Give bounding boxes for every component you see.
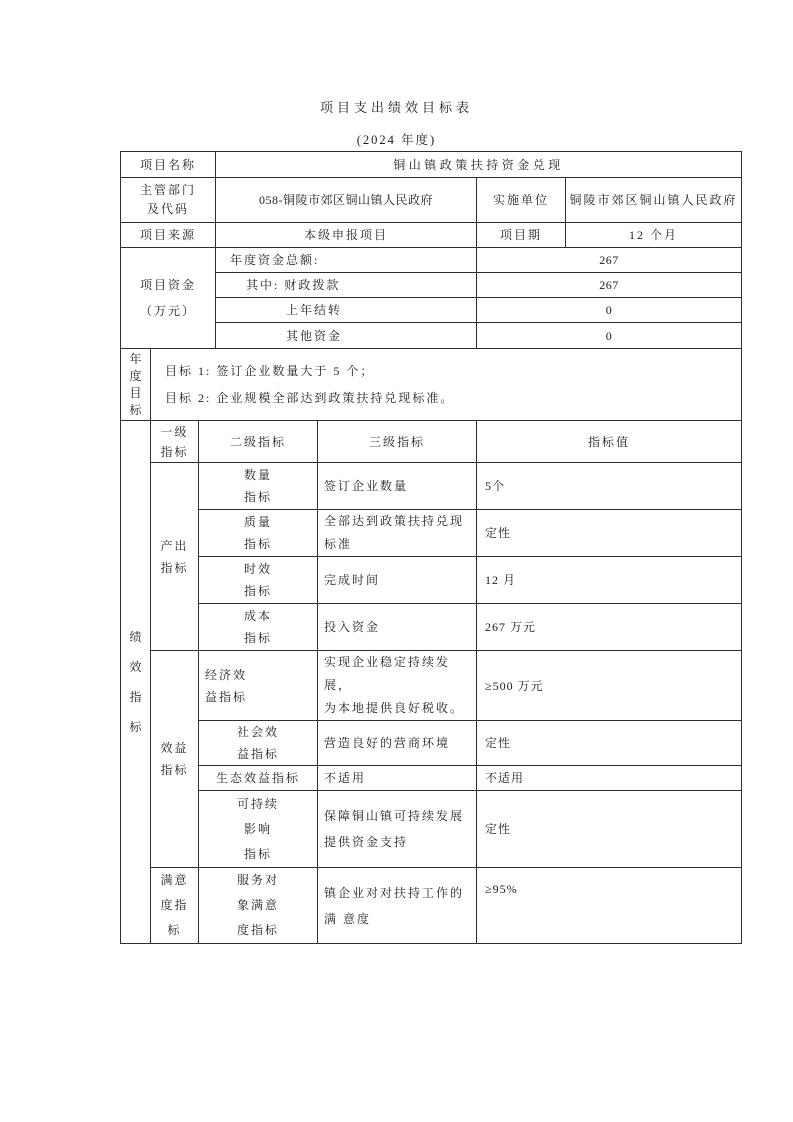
sustainability-value: 定性 xyxy=(477,791,742,868)
row-economic-indicator: 效益 指标 经济效 益指标 实现企业稳定持续发展， 为本地提供良好税收。 ≥50… xyxy=(121,651,742,721)
funding-carryover-label: 上年结转 xyxy=(216,298,477,323)
timeliness-level3: 完成时间 xyxy=(318,557,477,604)
project-source-label: 项目来源 xyxy=(121,223,216,248)
row-quality-indicator: 质量 指标 全部达到政策扶持兑现 标准 定性 xyxy=(121,510,742,557)
project-name-label: 项目名称 xyxy=(121,152,216,178)
header-level1: 一级 指标 xyxy=(151,421,199,463)
document-page: 项目支出绩效目标表 (2024 年度) 项目名称 铜山镇政策扶持资金兑现 主管部… xyxy=(0,0,793,1122)
row-source: 项目来源 本级申报项目 项目期 12 个月 xyxy=(121,223,742,248)
economic-level3: 实现企业稳定持续发展， 为本地提供良好税收。 xyxy=(318,651,477,721)
timeliness-level2: 时效 指标 xyxy=(199,557,318,604)
funding-total-label: 年度资金总额: xyxy=(216,248,477,273)
funding-other-value: 0 xyxy=(477,323,742,349)
row-ecological-indicator: 生态效益指标 不适用 不适用 xyxy=(121,766,742,791)
group-satisfaction-label: 满意 度指 标 xyxy=(151,868,199,944)
header-value: 指标值 xyxy=(477,421,742,463)
row-funding-total: 项目资金 （万元） 年度资金总额: 267 xyxy=(121,248,742,273)
impl-unit-label: 实施单位 xyxy=(477,178,566,223)
satisfaction-level3: 镇企业对对扶持工作的 满 意度 xyxy=(318,868,477,944)
document-title: 项目支出绩效目标表 xyxy=(0,97,793,116)
ecological-level2: 生态效益指标 xyxy=(199,766,318,791)
annual-goals-text: 目标 1: 签订企业数量大于 5 个； 目标 2: 企业规模全部达到政策扶持兑现… xyxy=(151,349,742,421)
performance-section-label: 绩 效 指 标 xyxy=(121,421,151,944)
timeliness-value: 12 月 xyxy=(477,557,742,604)
row-annual-goals: 年 度 目 标 目标 1: 签订企业数量大于 5 个； 目标 2: 企业规模全部… xyxy=(121,349,742,421)
project-source-value: 本级申报项目 xyxy=(216,223,477,248)
sustainability-level3: 保障铜山镇可持续发展 提供资金支持 xyxy=(318,791,477,868)
project-period-value: 12 个月 xyxy=(566,223,742,248)
economic-level2: 经济效 益指标 xyxy=(199,651,318,721)
sustainability-level2: 可持续 影响 指标 xyxy=(199,791,318,868)
group-output-label: 产出 指标 xyxy=(151,463,199,651)
dept-code-value: 058-铜陵市郊区铜山镇人民政府 xyxy=(216,178,477,223)
row-dept: 主管部门 及代码 058-铜陵市郊区铜山镇人民政府 实施单位 铜陵市郊区铜山镇人… xyxy=(121,178,742,223)
row-project-name: 项目名称 铜山镇政策扶持资金兑现 xyxy=(121,152,742,178)
document-subtitle: (2024 年度) xyxy=(0,130,793,148)
funding-total-value: 267 xyxy=(477,248,742,273)
project-name-value: 铜山镇政策扶持资金兑现 xyxy=(216,152,742,178)
satisfaction-value: ≥95% xyxy=(477,868,742,944)
group-benefit-label: 效益 指标 xyxy=(151,651,199,868)
project-period-label: 项目期 xyxy=(477,223,566,248)
cost-level3: 投入资金 xyxy=(318,604,477,651)
ecological-value: 不适用 xyxy=(477,766,742,791)
cost-level2: 成本 指标 xyxy=(199,604,318,651)
impl-unit-value: 铜陵市郊区铜山镇人民政府 xyxy=(566,178,742,223)
header-level2: 二级指标 xyxy=(199,421,318,463)
row-sustainability-indicator: 可持续 影响 指标 保障铜山镇可持续发展 提供资金支持 定性 xyxy=(121,791,742,868)
performance-target-table: 项目名称 铜山镇政策扶持资金兑现 主管部门 及代码 058-铜陵市郊区铜山镇人民… xyxy=(120,151,742,944)
row-quantity-indicator: 产出 指标 数量 指标 签订企业数量 5个 xyxy=(121,463,742,510)
cost-value: 267 万元 xyxy=(477,604,742,651)
social-level3: 营造良好的营商环境 xyxy=(318,721,477,766)
social-level2: 社会效 益指标 xyxy=(199,721,318,766)
quantity-value: 5个 xyxy=(477,463,742,510)
funding-fiscal-value: 267 xyxy=(477,273,742,298)
row-timeliness-indicator: 时效 指标 完成时间 12 月 xyxy=(121,557,742,604)
row-indicator-header: 绩 效 指 标 一级 指标 二级指标 三级指标 指标值 xyxy=(121,421,742,463)
satisfaction-level2: 服务对 象满意 度指标 xyxy=(199,868,318,944)
quality-level2: 质量 指标 xyxy=(199,510,318,557)
funding-label: 项目资金 （万元） xyxy=(121,248,216,349)
funding-fiscal-label: 其中: 财政拨款 xyxy=(216,273,477,298)
row-satisfaction-indicator: 满意 度指 标 服务对 象满意 度指标 镇企业对对扶持工作的 满 意度 ≥95% xyxy=(121,868,742,944)
funding-other-label: 其他资金 xyxy=(216,323,477,349)
dept-code-label: 主管部门 及代码 xyxy=(121,178,216,223)
ecological-level3: 不适用 xyxy=(318,766,477,791)
annual-goals-label: 年 度 目 标 xyxy=(121,349,151,421)
row-social-indicator: 社会效 益指标 营造良好的营商环境 定性 xyxy=(121,721,742,766)
quality-value: 定性 xyxy=(477,510,742,557)
economic-value: ≥500 万元 xyxy=(477,651,742,721)
quality-level3: 全部达到政策扶持兑现 标准 xyxy=(318,510,477,557)
header-level3: 三级指标 xyxy=(318,421,477,463)
funding-carryover-value: 0 xyxy=(477,298,742,323)
row-cost-indicator: 成本 指标 投入资金 267 万元 xyxy=(121,604,742,651)
social-value: 定性 xyxy=(477,721,742,766)
quantity-level3: 签订企业数量 xyxy=(318,463,477,510)
quantity-level2: 数量 指标 xyxy=(199,463,318,510)
